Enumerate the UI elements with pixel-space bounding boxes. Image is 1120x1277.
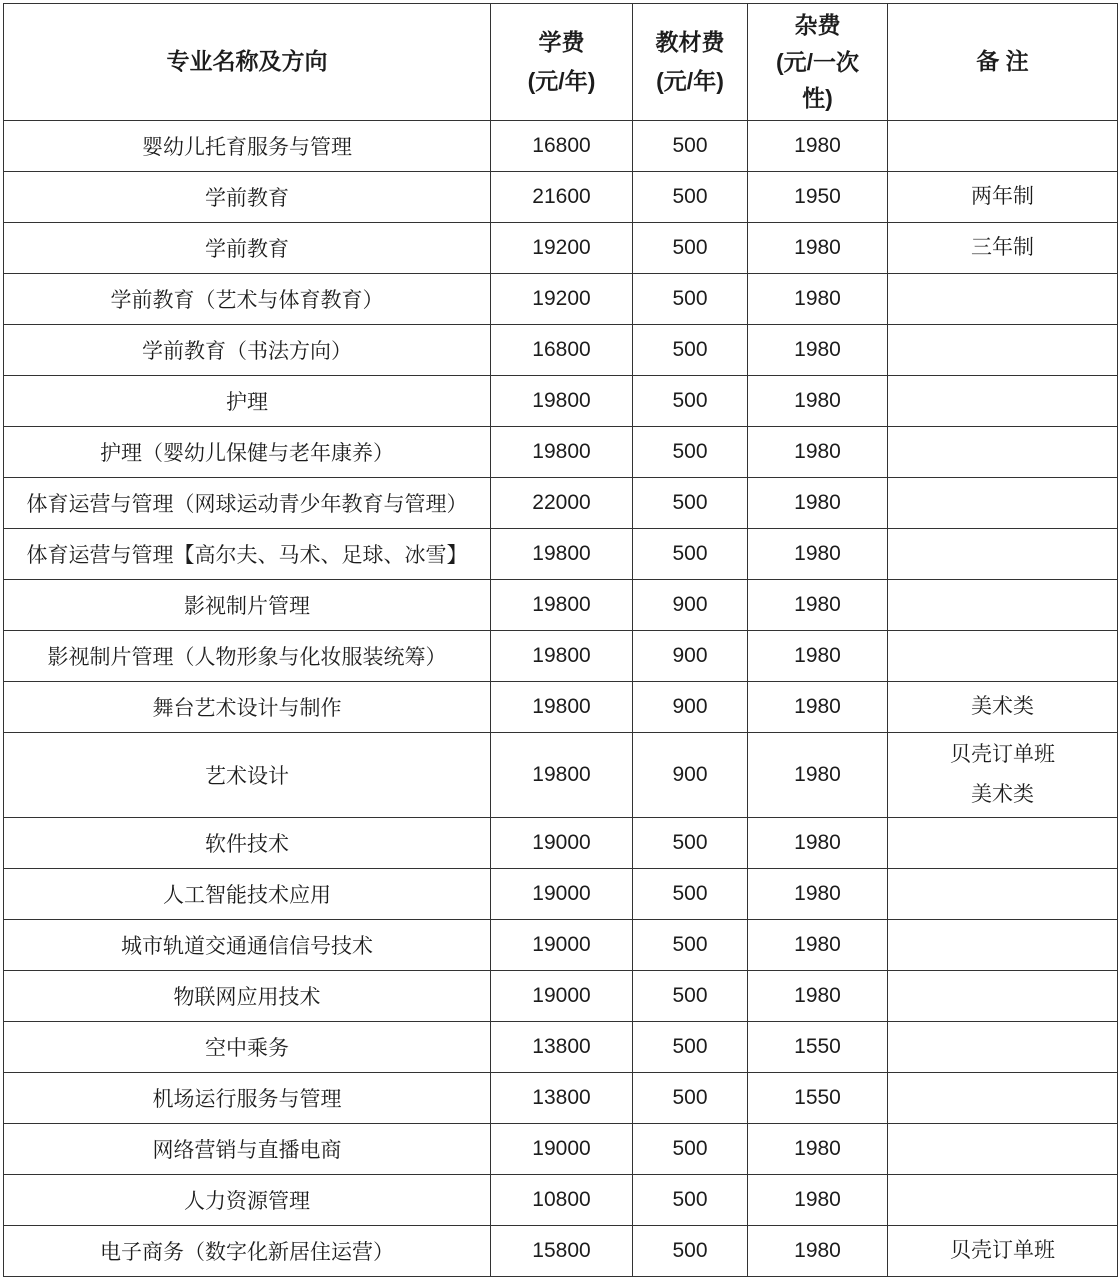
misc-cell: 1980 xyxy=(748,1174,888,1225)
remark-cell xyxy=(888,868,1118,919)
remark-cell xyxy=(888,120,1118,171)
tuition-cell: 19000 xyxy=(491,868,633,919)
tuition-cell: 19200 xyxy=(491,222,633,273)
remark-cell xyxy=(888,817,1118,868)
tuition-cell: 19000 xyxy=(491,817,633,868)
major-cell: 婴幼儿托育服务与管理 xyxy=(4,120,491,171)
remark-cell xyxy=(888,1072,1118,1123)
table-row: 城市轨道交通通信信号技术190005001980 xyxy=(4,919,1118,970)
table-row: 物联网应用技术190005001980 xyxy=(4,970,1118,1021)
tuition-cell: 13800 xyxy=(491,1021,633,1072)
tuition-cell: 10800 xyxy=(491,1174,633,1225)
table-row: 人力资源管理108005001980 xyxy=(4,1174,1118,1225)
major-cell: 人工智能技术应用 xyxy=(4,868,491,919)
remark-cell xyxy=(888,426,1118,477)
table-row: 机场运行服务与管理138005001550 xyxy=(4,1072,1118,1123)
misc-cell: 1950 xyxy=(748,171,888,222)
header-textbook-label: 教材费 xyxy=(656,29,725,55)
major-cell: 学前教育（书法方向） xyxy=(4,324,491,375)
major-cell: 电子商务（数字化新居住运营） xyxy=(4,1225,491,1276)
tuition-cell: 21600 xyxy=(491,171,633,222)
header-textbook: 教材费 (元/年) xyxy=(633,4,748,121)
tuition-cell: 19800 xyxy=(491,681,633,732)
tuition-cell: 22000 xyxy=(491,477,633,528)
remark-cell xyxy=(888,579,1118,630)
textbook-cell: 900 xyxy=(633,579,748,630)
table-row: 艺术设计198009001980贝壳订单班 美术类 xyxy=(4,732,1118,817)
major-cell: 艺术设计 xyxy=(4,732,491,817)
tuition-cell: 19000 xyxy=(491,1123,633,1174)
table-row: 学前教育192005001980三年制 xyxy=(4,222,1118,273)
header-remark-label: 备 注 xyxy=(976,48,1028,74)
misc-cell: 1980 xyxy=(748,1123,888,1174)
table-row: 护理198005001980 xyxy=(4,375,1118,426)
misc-cell: 1980 xyxy=(748,732,888,817)
fee-schedule-page: 专业名称及方向 学费 (元/年) 教材费 (元/年) 杂费 (元/一次性) 备 … xyxy=(0,0,1120,1270)
textbook-cell: 500 xyxy=(633,1021,748,1072)
remark-cell: 贝壳订单班 xyxy=(888,1225,1118,1276)
textbook-cell: 500 xyxy=(633,970,748,1021)
table-row: 影视制片管理（人物形象与化妆服装统筹）198009001980 xyxy=(4,630,1118,681)
remark-cell xyxy=(888,477,1118,528)
misc-cell: 1980 xyxy=(748,273,888,324)
misc-cell: 1980 xyxy=(748,375,888,426)
table-row: 婴幼儿托育服务与管理168005001980 xyxy=(4,120,1118,171)
major-cell: 学前教育 xyxy=(4,171,491,222)
remark-cell xyxy=(888,919,1118,970)
major-cell: 人力资源管理 xyxy=(4,1174,491,1225)
tuition-cell: 19800 xyxy=(491,630,633,681)
misc-cell: 1550 xyxy=(748,1072,888,1123)
remark-cell: 两年制 xyxy=(888,171,1118,222)
textbook-cell: 500 xyxy=(633,273,748,324)
remark-cell xyxy=(888,970,1118,1021)
misc-cell: 1980 xyxy=(748,477,888,528)
tuition-cell: 19800 xyxy=(491,732,633,817)
textbook-cell: 500 xyxy=(633,919,748,970)
header-tuition-label: 学费 xyxy=(539,29,585,55)
tuition-cell: 19800 xyxy=(491,375,633,426)
header-row: 专业名称及方向 学费 (元/年) 教材费 (元/年) 杂费 (元/一次性) 备 … xyxy=(4,4,1118,121)
major-cell: 影视制片管理 xyxy=(4,579,491,630)
header-tuition: 学费 (元/年) xyxy=(491,4,633,121)
header-misc-unit: (元/一次性) xyxy=(767,45,869,116)
major-cell: 护理 xyxy=(4,375,491,426)
major-cell: 软件技术 xyxy=(4,817,491,868)
header-major: 专业名称及方向 xyxy=(4,4,491,121)
textbook-cell: 500 xyxy=(633,171,748,222)
table-row: 学前教育（书法方向）168005001980 xyxy=(4,324,1118,375)
major-cell: 网络营销与直播电商 xyxy=(4,1123,491,1174)
misc-cell: 1980 xyxy=(748,630,888,681)
table-row: 网络营销与直播电商190005001980 xyxy=(4,1123,1118,1174)
textbook-cell: 900 xyxy=(633,630,748,681)
remark-cell: 美术类 xyxy=(888,681,1118,732)
misc-cell: 1980 xyxy=(748,120,888,171)
major-cell: 体育运营与管理【高尔夫、马术、足球、冰雪】 xyxy=(4,528,491,579)
header-textbook-unit: (元/年) xyxy=(639,62,741,101)
header-major-label: 专业名称及方向 xyxy=(167,48,328,74)
remark-cell xyxy=(888,273,1118,324)
tuition-cell: 15800 xyxy=(491,1225,633,1276)
textbook-cell: 500 xyxy=(633,324,748,375)
major-cell: 城市轨道交通通信信号技术 xyxy=(4,919,491,970)
table-row: 体育运营与管理（网球运动青少年教育与管理）220005001980 xyxy=(4,477,1118,528)
tuition-cell: 19800 xyxy=(491,426,633,477)
misc-cell: 1980 xyxy=(748,426,888,477)
misc-cell: 1980 xyxy=(748,681,888,732)
major-cell: 护理（婴幼儿保健与老年康养） xyxy=(4,426,491,477)
tuition-cell: 16800 xyxy=(491,120,633,171)
textbook-cell: 500 xyxy=(633,1174,748,1225)
misc-cell: 1980 xyxy=(748,579,888,630)
fee-table: 专业名称及方向 学费 (元/年) 教材费 (元/年) 杂费 (元/一次性) 备 … xyxy=(3,3,1118,1277)
tuition-cell: 19800 xyxy=(491,528,633,579)
table-row: 学前教育216005001950两年制 xyxy=(4,171,1118,222)
tuition-cell: 13800 xyxy=(491,1072,633,1123)
misc-cell: 1980 xyxy=(748,1225,888,1276)
table-row: 体育运营与管理【高尔夫、马术、足球、冰雪】198005001980 xyxy=(4,528,1118,579)
textbook-cell: 500 xyxy=(633,868,748,919)
textbook-cell: 500 xyxy=(633,1072,748,1123)
remark-cell: 三年制 xyxy=(888,222,1118,273)
major-cell: 空中乘务 xyxy=(4,1021,491,1072)
textbook-cell: 900 xyxy=(633,681,748,732)
tuition-cell: 19000 xyxy=(491,970,633,1021)
remark-cell xyxy=(888,324,1118,375)
remark-cell: 贝壳订单班 美术类 xyxy=(888,732,1118,817)
misc-cell: 1980 xyxy=(748,919,888,970)
textbook-cell: 500 xyxy=(633,477,748,528)
remark-cell xyxy=(888,528,1118,579)
major-cell: 影视制片管理（人物形象与化妆服装统筹） xyxy=(4,630,491,681)
tuition-cell: 19000 xyxy=(491,919,633,970)
fee-table-body: 婴幼儿托育服务与管理168005001980学前教育216005001950两年… xyxy=(4,120,1118,1276)
misc-cell: 1980 xyxy=(748,868,888,919)
header-misc: 杂费 (元/一次性) xyxy=(748,4,888,121)
tuition-cell: 19800 xyxy=(491,579,633,630)
table-row: 电子商务（数字化新居住运营）158005001980贝壳订单班 xyxy=(4,1225,1118,1276)
table-row: 学前教育（艺术与体育教育）192005001980 xyxy=(4,273,1118,324)
tuition-cell: 19200 xyxy=(491,273,633,324)
misc-cell: 1980 xyxy=(748,324,888,375)
remark-cell xyxy=(888,630,1118,681)
textbook-cell: 500 xyxy=(633,375,748,426)
textbook-cell: 500 xyxy=(633,1123,748,1174)
tuition-cell: 16800 xyxy=(491,324,633,375)
textbook-cell: 500 xyxy=(633,817,748,868)
table-row: 影视制片管理198009001980 xyxy=(4,579,1118,630)
textbook-cell: 500 xyxy=(633,222,748,273)
textbook-cell: 500 xyxy=(633,120,748,171)
major-cell: 舞台艺术设计与制作 xyxy=(4,681,491,732)
table-row: 护理（婴幼儿保健与老年康养）198005001980 xyxy=(4,426,1118,477)
remark-cell xyxy=(888,1174,1118,1225)
header-tuition-unit: (元/年) xyxy=(497,62,626,101)
misc-cell: 1980 xyxy=(748,970,888,1021)
table-row: 软件技术190005001980 xyxy=(4,817,1118,868)
major-cell: 学前教育（艺术与体育教育） xyxy=(4,273,491,324)
remark-cell xyxy=(888,375,1118,426)
table-row: 人工智能技术应用190005001980 xyxy=(4,868,1118,919)
textbook-cell: 900 xyxy=(633,732,748,817)
misc-cell: 1980 xyxy=(748,222,888,273)
table-row: 舞台艺术设计与制作198009001980美术类 xyxy=(4,681,1118,732)
major-cell: 物联网应用技术 xyxy=(4,970,491,1021)
misc-cell: 1980 xyxy=(748,528,888,579)
major-cell: 机场运行服务与管理 xyxy=(4,1072,491,1123)
textbook-cell: 500 xyxy=(633,528,748,579)
table-row: 空中乘务138005001550 xyxy=(4,1021,1118,1072)
remark-cell xyxy=(888,1021,1118,1072)
major-cell: 体育运营与管理（网球运动青少年教育与管理） xyxy=(4,477,491,528)
misc-cell: 1550 xyxy=(748,1021,888,1072)
fee-table-header: 专业名称及方向 学费 (元/年) 教材费 (元/年) 杂费 (元/一次性) 备 … xyxy=(4,4,1118,121)
remark-cell xyxy=(888,1123,1118,1174)
header-remark: 备 注 xyxy=(888,4,1118,121)
textbook-cell: 500 xyxy=(633,1225,748,1276)
major-cell: 学前教育 xyxy=(4,222,491,273)
misc-cell: 1980 xyxy=(748,817,888,868)
textbook-cell: 500 xyxy=(633,426,748,477)
header-misc-label: 杂费 xyxy=(795,12,841,38)
